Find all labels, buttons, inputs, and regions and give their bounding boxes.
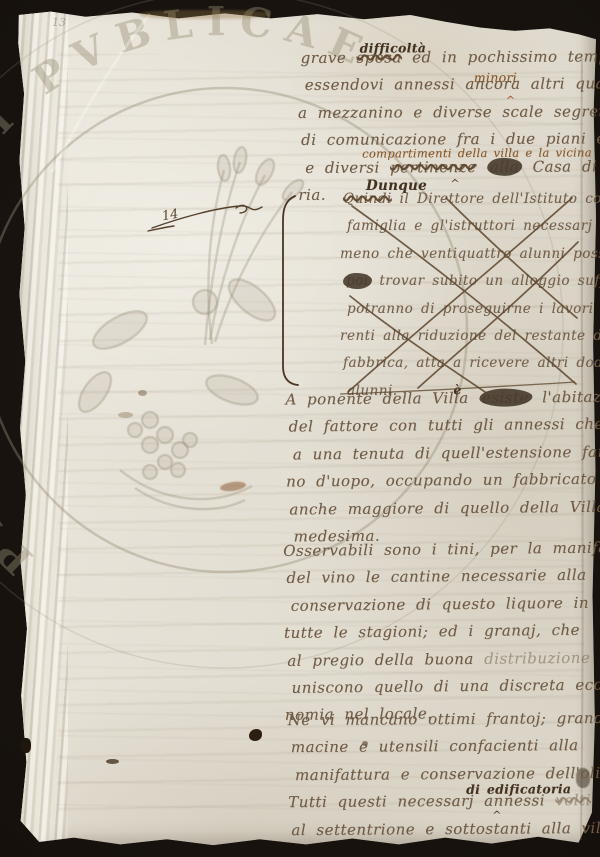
text-line: renti alla riduzione del restante della	[340, 323, 600, 350]
manuscript-scan: { "scan": { "page_number": "13", "margin…	[0, 0, 600, 857]
text-line: a mezzanino e diverse scale segrete	[298, 98, 600, 127]
faded-word: distribuzione	[484, 648, 590, 667]
text-line: al pregio della buona distribuzione	[284, 644, 600, 675]
text-line: potranno di proseguirne i lavori occor-	[340, 296, 600, 323]
strikethrough-word: Quindi	[343, 191, 392, 207]
text-line: al settentrione e sottostanti alla villa	[288, 814, 600, 844]
inserted-phrase-compartimenti: compartimenti della villa e la vicina	[362, 139, 592, 168]
text-line: tutte le stagioni; ed i granaj, che	[284, 616, 600, 647]
line-text: A ponente della Villa	[285, 389, 479, 409]
ink-blot-word: poi	[343, 273, 372, 289]
text-line: conservazione di questo liquore in	[284, 589, 600, 620]
text-line: famiglia e gl'istruttori necessarj non	[340, 213, 600, 240]
text-line: essendovi annessi ancora altri quartieri…	[298, 70, 600, 99]
text-line: e diversi pertinenze alla Casa di fatto-…	[298, 153, 600, 182]
line-text: l'abitazione	[532, 387, 600, 406]
ink-stain	[140, 10, 270, 19]
margin-annotation: 14	[161, 207, 180, 225]
page-number: 13	[52, 16, 66, 29]
ink-stain	[106, 759, 119, 764]
handwritten-paragraph-5: Ne vi mancano ottimi frantoj; grandi mac…	[288, 705, 600, 844]
handwritten-paragraph-3: A ponente della Villa esiste l'abitazion…	[285, 383, 600, 550]
handwritten-paragraph-1: difficoltà grave spesa ed in pochissimo …	[298, 43, 600, 209]
strikethrough-word: spesa	[356, 48, 401, 66]
text-line: anche maggiore di quello della Villa	[286, 493, 600, 523]
line-text: al pregio della buona	[287, 649, 484, 669]
text-line: fabbrica, atta a ricevere altri dodici	[340, 350, 600, 377]
text-line: macine e utensili confacienti alla	[288, 732, 600, 762]
ink-stain	[20, 738, 31, 753]
text-line: del fattore con tutti gli annessi che	[286, 411, 600, 441]
ink-stain	[118, 412, 133, 418]
line-text: essendovi annessi ancora altri quartieri	[305, 74, 600, 94]
text-line: meno che ventiquattro alunni possono	[340, 241, 600, 268]
text-line: a una tenuta di quell'estensione fan-	[286, 438, 600, 468]
text-line: del vino le cantine necessarie alla	[283, 561, 600, 592]
ink-stain	[138, 390, 147, 396]
inserted-phrase-edificatoria: di edificatoria	[466, 775, 571, 803]
handwritten-paragraph-2-crossed: Dunque Quindi il Direttore dell'Istituto…	[340, 186, 600, 405]
text-line: poi trovar subito un alloggio sufficient…	[340, 268, 600, 295]
text-line: Quindi il Direttore dell'Istituto con la…	[340, 186, 600, 213]
handwritten-paragraph-4: Osservabili sono i tini, per la manifatt…	[283, 534, 600, 730]
text-line: grave spesa ed in pochissimo tempo,	[298, 43, 600, 72]
text-line: Tutti questi necessarj annessi volti di …	[288, 787, 600, 817]
inserted-word: è	[453, 376, 462, 403]
line-text: il Direttore dell'Istituto con la sua	[392, 191, 600, 207]
line-text: grave	[301, 49, 357, 67]
text-line: uniscono quello di una discreta eco-	[284, 671, 600, 702]
text-line: no d'uopo, occupando un fabbricato	[286, 466, 600, 496]
ink-blot-word: esiste	[479, 388, 532, 406]
line-text: trovar subito un alloggio sufficiente,	[372, 273, 600, 289]
text-line: Osservabili sono i tini, per la manifatt…	[283, 534, 600, 565]
text-line: A ponente della Villa esiste l'abitazion…	[285, 383, 600, 413]
text-line: Ne vi mancano ottimi frantoj; grandi	[288, 705, 600, 735]
